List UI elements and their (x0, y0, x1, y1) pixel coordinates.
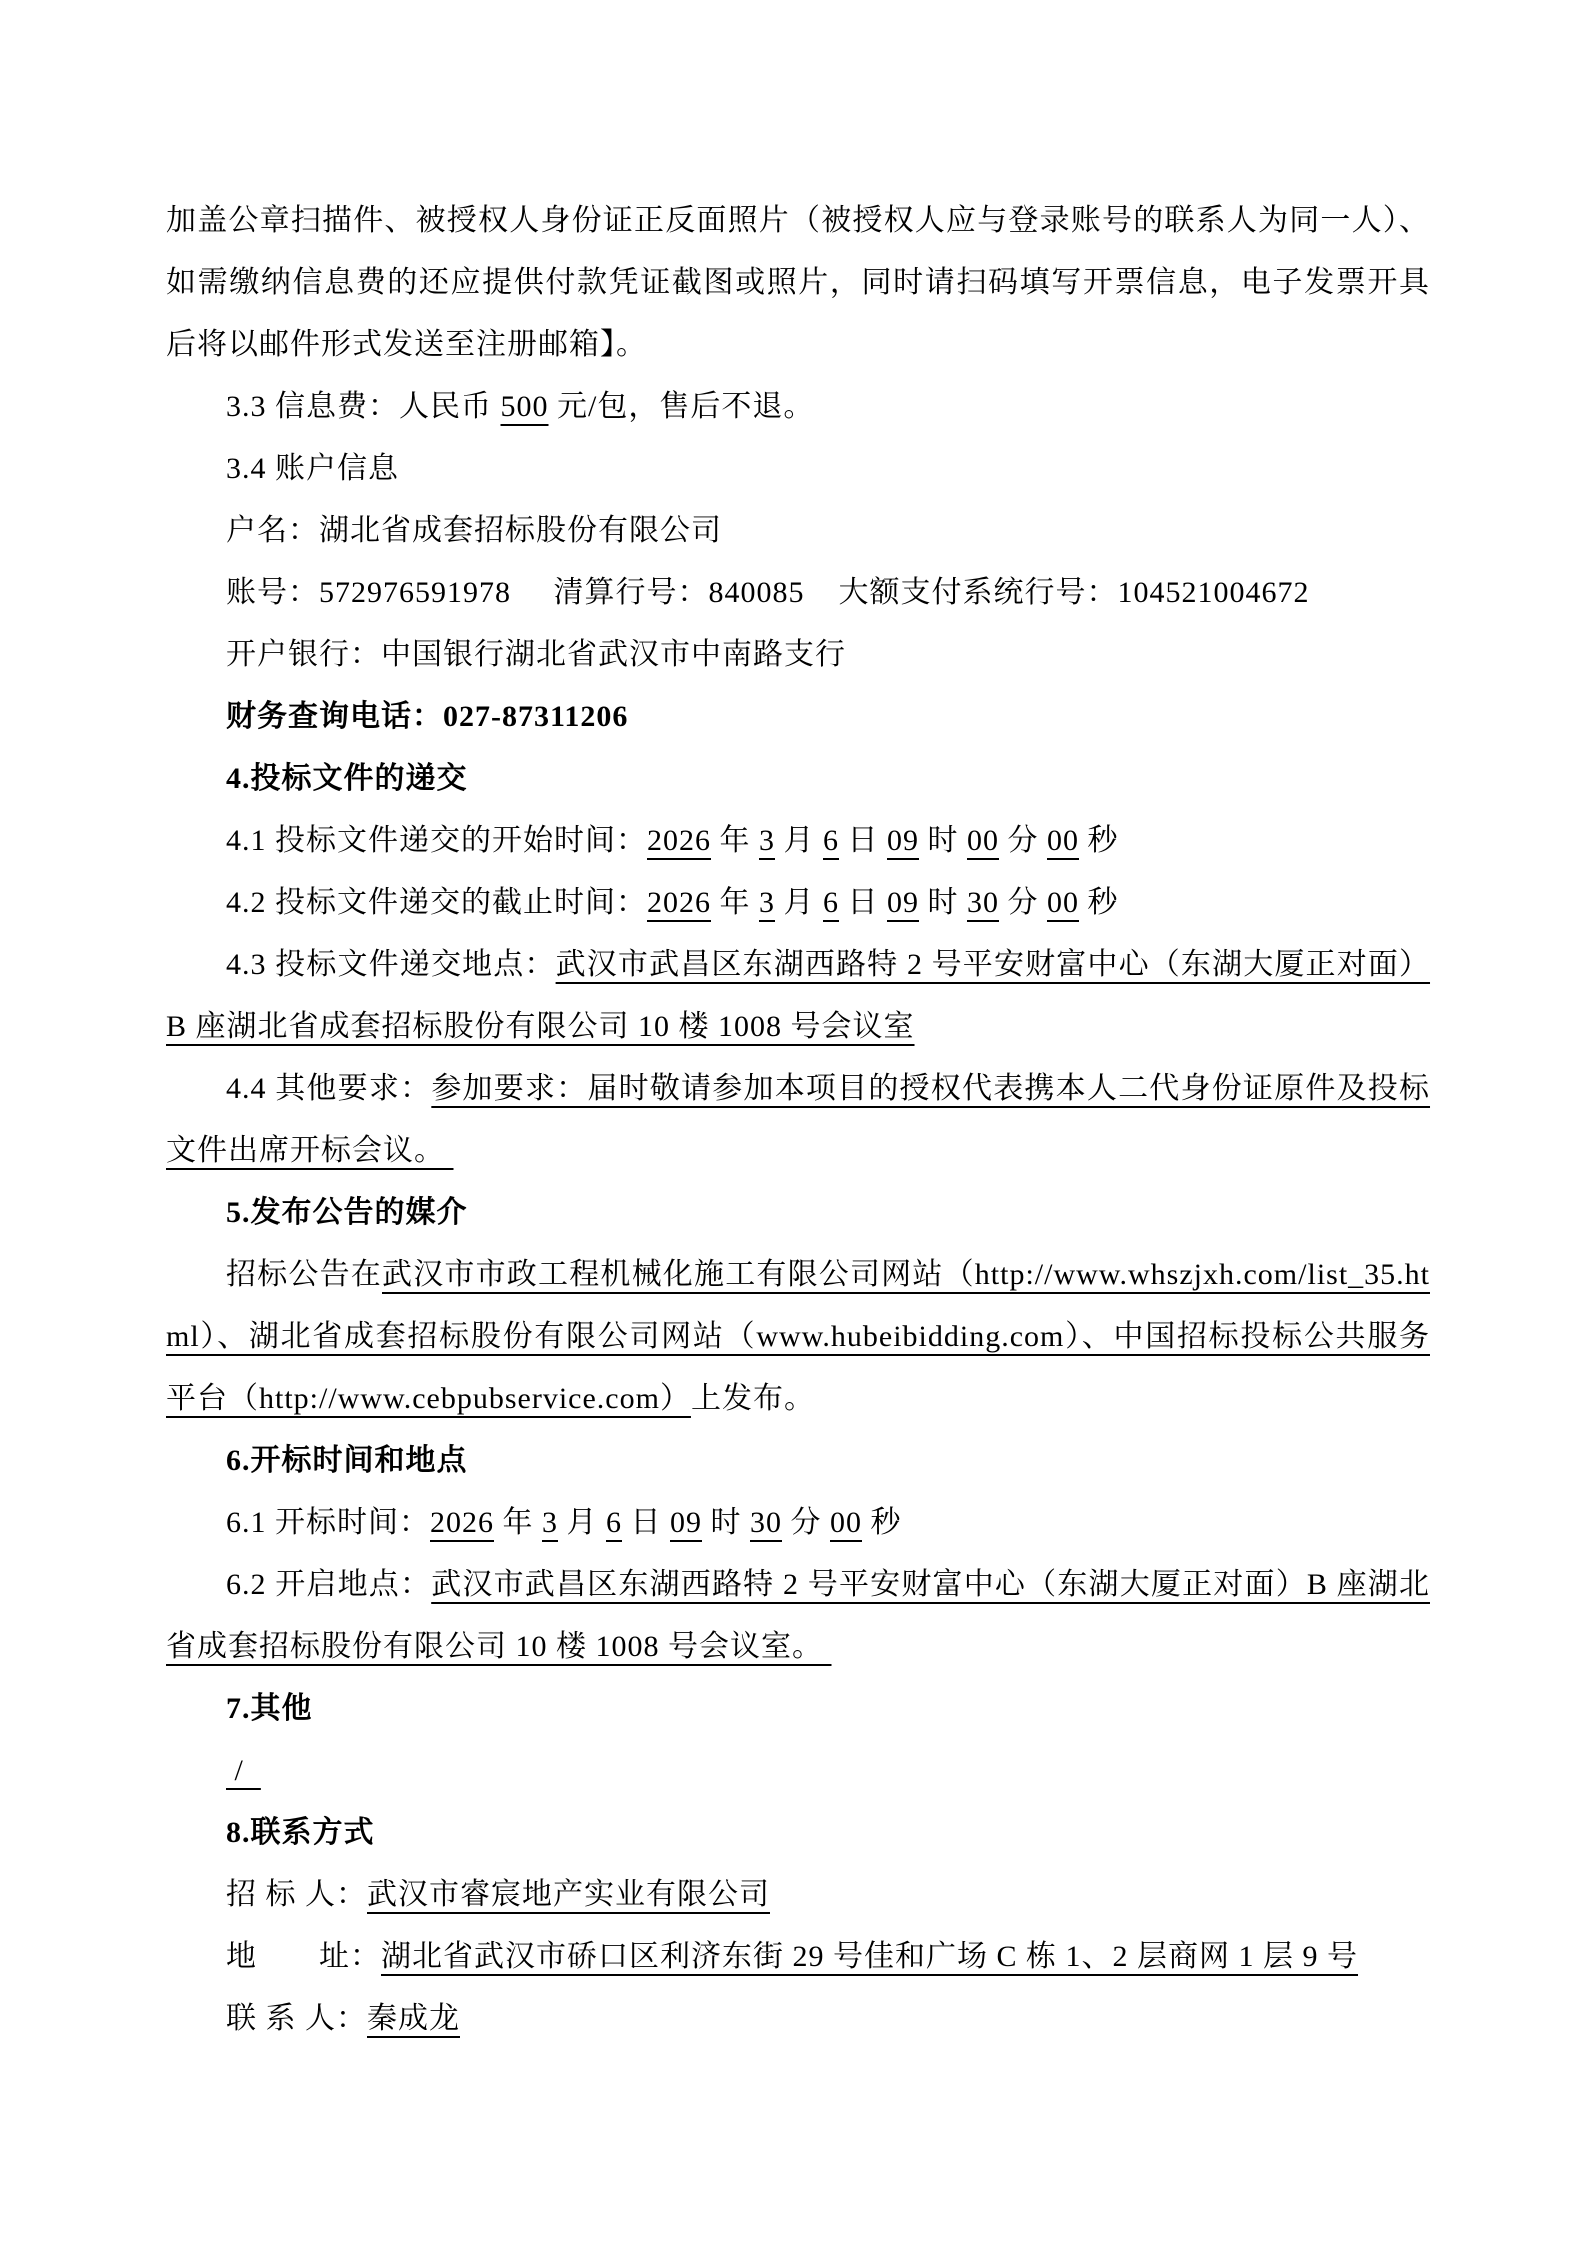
underlined-text-run: 湖北省武汉市硚口区利济东街 29 号佳和广场 C 栋 1、2 层商网 1 层 9… (381, 1940, 1358, 1973)
text-run: 时 (919, 824, 967, 857)
tenderee-address: 地 址：湖北省武汉市硚口区利济东街 29 号佳和广场 C 栋 1、2 层商网 1… (166, 1926, 1430, 1988)
text-run: 月 (775, 886, 823, 919)
bid-opening-time: 6.1 开标时间：2026 年 3 月 6 日 09 时 30 分 00 秒 (166, 1492, 1430, 1554)
text-run: 时 (919, 886, 967, 919)
underlined-text-run: 6 (823, 886, 839, 919)
text-run: 6.2 开启地点： (226, 1568, 431, 1601)
text-run: 秒 (862, 1506, 902, 1539)
text-run: 4.3 投标文件递交地点： (226, 948, 556, 981)
underlined-text-run: 09 (670, 1506, 702, 1539)
document-page: 加盖公章扫描件、被授权人身份证正反面照片（被授权人应与登录账号的联系人为同一人）… (0, 0, 1587, 2245)
announcement-media: 招标公告在武汉市市政工程机械化施工有限公司网站（http://www.whszj… (166, 1244, 1430, 1430)
finance-phone: 财务查询电话：027-87311206 (166, 686, 1430, 748)
text-run: 6.1 开标时间： (226, 1506, 430, 1539)
text-run: 日 (839, 824, 887, 857)
text-run: 4.4 其他要求： (226, 1072, 431, 1105)
text-run: 3.4 账户信息 (226, 452, 399, 485)
text-run: 3.3 信息费：人民币 (226, 390, 501, 423)
text-run: 年 (711, 824, 759, 857)
section-8-heading: 8.联系方式 (166, 1802, 1430, 1864)
section-6-heading: 6.开标时间和地点 (166, 1430, 1430, 1492)
underlined-text-run: 武汉市睿宸地产实业有限公司 (367, 1878, 770, 1911)
underlined-text-run: 09 (887, 824, 919, 857)
underlined-text-run: 00 (830, 1506, 862, 1539)
text-run: 月 (558, 1506, 606, 1539)
contact-person: 联 系 人：秦成龙 (166, 1988, 1430, 2050)
text-run: 账号：572976591978 清算行号：840085 大额支付系统行号：104… (226, 576, 1310, 609)
tenderee: 招 标 人：武汉市睿宸地产实业有限公司 (166, 1864, 1430, 1926)
text-run: 年 (711, 886, 759, 919)
other-requirements: 4.4 其他要求：参加要求：届时敬请参加本项目的授权代表携本人二代身份证原件及投… (166, 1058, 1430, 1182)
text-run: 日 (622, 1506, 670, 1539)
bank-name: 开户银行：中国银行湖北省武汉市中南路支行 (166, 624, 1430, 686)
underlined-text-run: 3 (542, 1506, 558, 1539)
text-run: 5.发布公告的媒介 (226, 1196, 468, 1229)
text-run: 地 址： (226, 1940, 381, 1973)
text-run: 分 (782, 1506, 830, 1539)
text-run: 联 系 人： (226, 2002, 367, 2035)
text-run: 分 (999, 886, 1047, 919)
underlined-text-run: 6 (823, 824, 839, 857)
underlined-text-run: / (226, 1754, 261, 1787)
registration-note-continuation: 加盖公章扫描件、被授权人身份证正反面照片（被授权人应与登录账号的联系人为同一人）… (166, 190, 1430, 376)
bid-opening-location: 6.2 开启地点：武汉市武昌区东湖西路特 2 号平安财富中心（东湖大厦正对面）B… (166, 1554, 1430, 1678)
submission-location: 4.3 投标文件递交地点：武汉市武昌区东湖西路特 2 号平安财富中心（东湖大厦正… (166, 934, 1430, 1058)
text-run: 财务查询电话：027-87311206 (226, 700, 628, 733)
underlined-text-run: 00 (1047, 886, 1079, 919)
text-run: 招 标 人： (226, 1878, 367, 1911)
text-run: 秒 (1079, 886, 1119, 919)
underlined-text-run: 3 (759, 824, 775, 857)
info-fee: 3.3 信息费：人民币 500 元/包，售后不退。 (166, 376, 1430, 438)
text-run: 月 (775, 824, 823, 857)
underlined-text-run: 500 (501, 390, 549, 423)
text-run: 7.其他 (226, 1692, 313, 1725)
underlined-text-run: 30 (750, 1506, 782, 1539)
account-number-line: 账号：572976591978 清算行号：840085 大额支付系统行号：104… (166, 562, 1430, 624)
text-run: 6.开标时间和地点 (226, 1444, 468, 1477)
text-run: 年 (494, 1506, 542, 1539)
underlined-text-run: 00 (967, 824, 999, 857)
section-7-heading: 7.其他 (166, 1678, 1430, 1740)
text-run: 分 (999, 824, 1047, 857)
text-run: 招标公告在 (226, 1258, 382, 1291)
account-name: 户名：湖北省成套招标股份有限公司 (166, 500, 1430, 562)
submission-deadline: 4.2 投标文件递交的截止时间：2026 年 3 月 6 日 09 时 30 分… (166, 872, 1430, 934)
underlined-text-run: 09 (887, 886, 919, 919)
underlined-text-run: 3 (759, 886, 775, 919)
underlined-text-run: 6 (606, 1506, 622, 1539)
underlined-text-run: 30 (967, 886, 999, 919)
text-run: 加盖公章扫描件、被授权人身份证正反面照片（被授权人应与登录账号的联系人为同一人）… (166, 204, 1430, 361)
text-run: 4.投标文件的递交 (226, 762, 468, 795)
text-run: 元/包，售后不退。 (549, 390, 815, 423)
submission-start-time: 4.1 投标文件递交的开始时间：2026 年 3 月 6 日 09 时 00 分… (166, 810, 1430, 872)
underlined-text-run: 2026 (647, 824, 711, 857)
document-body: 加盖公章扫描件、被授权人身份证正反面照片（被授权人应与登录账号的联系人为同一人）… (166, 190, 1430, 2050)
section-5-heading: 5.发布公告的媒介 (166, 1182, 1430, 1244)
section-4-heading: 4.投标文件的递交 (166, 748, 1430, 810)
text-run: 4.2 投标文件递交的截止时间： (226, 886, 647, 919)
text-run: 开户银行：中国银行湖北省武汉市中南路支行 (226, 638, 846, 671)
text-run: 秒 (1079, 824, 1119, 857)
underlined-text-run: 2026 (430, 1506, 494, 1539)
text-run: 时 (702, 1506, 750, 1539)
account-info-heading: 3.4 账户信息 (166, 438, 1430, 500)
underlined-text-run: 00 (1047, 824, 1079, 857)
text-run: 日 (839, 886, 887, 919)
text-run: 4.1 投标文件递交的开始时间： (226, 824, 647, 857)
section-7-content: / (166, 1740, 1430, 1802)
text-run: 8.联系方式 (226, 1816, 375, 1849)
underlined-text-run: 秦成龙 (367, 2002, 460, 2035)
text-run: 户名：湖北省成套招标股份有限公司 (226, 514, 722, 547)
text-run: 上发布。 (691, 1382, 815, 1415)
underlined-text-run: 2026 (647, 886, 711, 919)
